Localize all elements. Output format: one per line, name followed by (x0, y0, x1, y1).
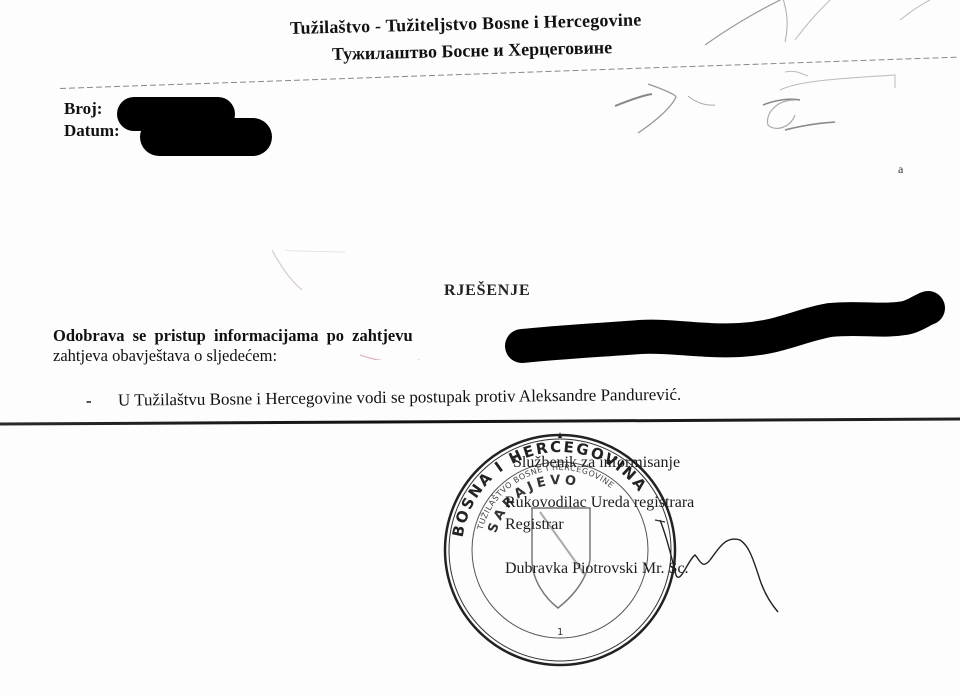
stray-mark: a (898, 162, 903, 177)
paragraph-line2: zahtjeva obavještava o sljedećem: (53, 346, 513, 366)
signature-block: Službenik za informisanje Rukovodilac Ur… (505, 452, 694, 580)
number-label: Broj: (64, 98, 120, 119)
paragraph-bold-start: Odobrava (53, 326, 125, 345)
document-title: RJEŠENJE (444, 282, 530, 300)
bullet-marker: - (86, 391, 118, 411)
bullet-item: -U Tužilaštvu Bosne i Hercegovine vodi s… (86, 385, 681, 411)
institution-name-latin: Tužilaštvo - Tužiteljstvo Bosne i Herceg… (290, 9, 642, 39)
paragraph-line1: se pristup informacijama po zahtjevu (125, 326, 413, 345)
scan-fold-line (0, 417, 960, 425)
header-divider (60, 57, 959, 89)
signature-role-registrar: Registrar (505, 514, 694, 536)
decision-paragraph: Odobrava se pristup informacijama po zah… (53, 326, 513, 366)
redacted-date (140, 118, 272, 156)
scanned-document-page: Tužilaštvo - Tužiteljstvo Bosne i Herceg… (0, 0, 960, 696)
document-meta: Broj: Datum: (64, 98, 120, 141)
institution-name-cyrillic: Тужилаштво Босне и Херцеговине (332, 37, 613, 65)
svg-text:1: 1 (557, 627, 563, 638)
signature-role-head: Rukovodilac Ureda registrara (505, 492, 694, 514)
bullet-text: U Tužilaštvu Bosne i Hercegovine vodi se… (118, 385, 681, 410)
date-label: Datum: (64, 120, 120, 141)
signature-role-officer: Službenik za informisanje (513, 452, 694, 474)
signature-name: Dubravka Piotrovski Mr. Sc. (505, 558, 694, 580)
